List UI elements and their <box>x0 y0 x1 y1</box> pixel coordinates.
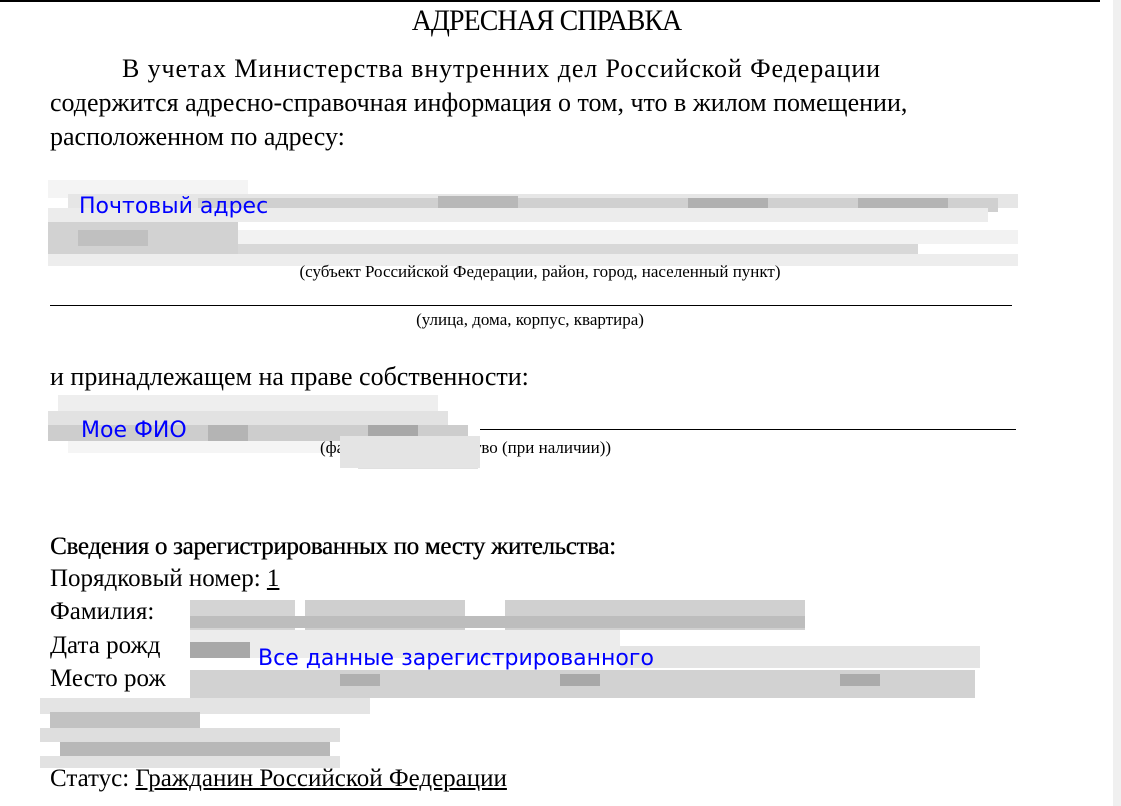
owner-annotation: Мое ФИО <box>81 418 187 443</box>
owner-intro: и принадлежащем на праве собственности: <box>50 360 1030 394</box>
document-page: АДРЕСНАЯ СПРАВКА В учетах Министерства в… <box>0 0 1110 806</box>
street-underline <box>50 305 1012 306</box>
status-label: Статус: <box>50 765 129 792</box>
address-annotation: Почтовый адрес <box>79 194 268 219</box>
number-row: Порядковый номер: 1 <box>50 565 279 593</box>
intro-line-2: содержится адресно-справочная информация… <box>50 86 1030 120</box>
intro-line-1: В учетах Министерства внутренних дел Рос… <box>50 52 1030 86</box>
owner-caption: (фамилия, имя, отчество (при наличии)) <box>480 438 771 458</box>
status-row: Статус: Гражданин Российской Федерации <box>50 765 507 793</box>
address-street-caption: (улица, дома, корпус, квартира) <box>50 310 1010 330</box>
registered-annotation: Все данные зарегистрированного <box>258 646 654 671</box>
owner-underline <box>480 429 1016 430</box>
address-region-caption: (субъект Российской Федерации, район, го… <box>50 262 1030 282</box>
number-label: Порядковый номер: <box>50 565 261 592</box>
registered-redaction <box>40 600 980 770</box>
number-value: 1 <box>267 565 280 592</box>
registered-heading: Сведения о зарегистрированных по месту ж… <box>50 533 616 561</box>
intro-line-3: расположенном по адресу: <box>50 120 1030 154</box>
owner-caption-redaction <box>340 436 480 468</box>
document-title: АДРЕСНАЯ СПРАВКА <box>38 4 1054 38</box>
status-value: Гражданин Российской Федерации <box>135 765 506 792</box>
vertical-scrollbar[interactable] <box>1113 0 1121 806</box>
